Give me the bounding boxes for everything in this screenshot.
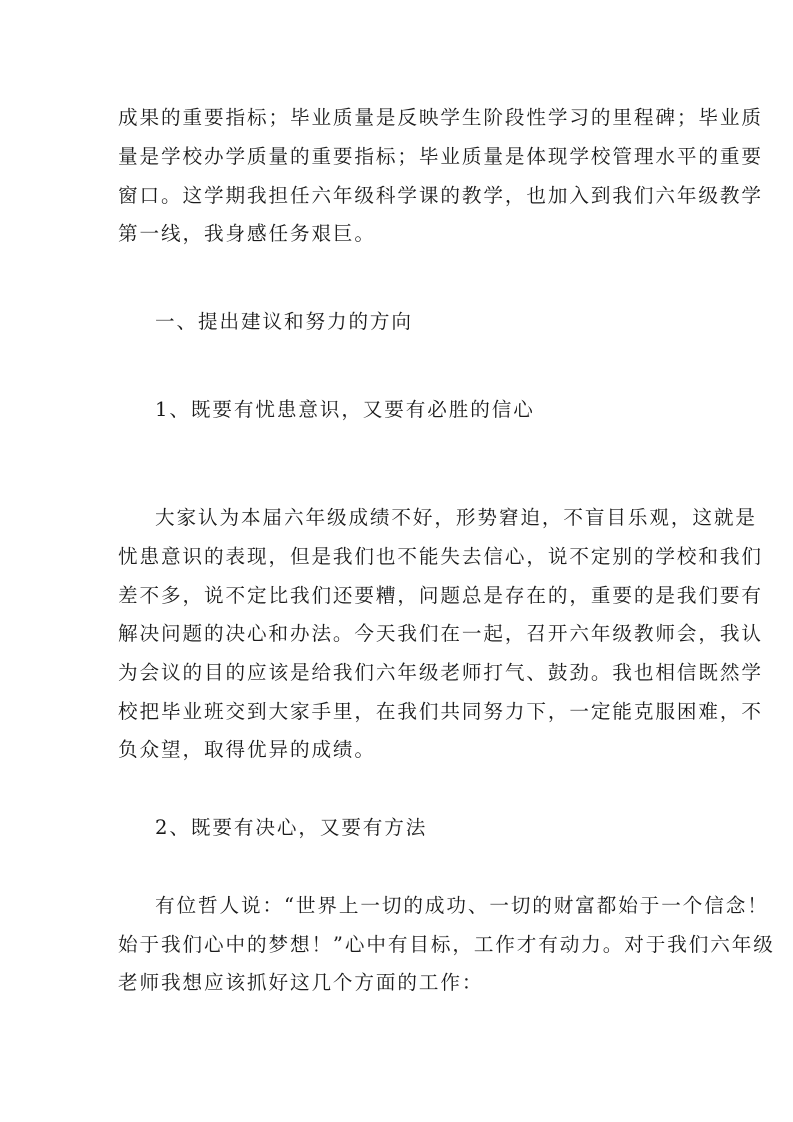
paragraph-line: 校把毕业班交到大家手里，在我们共同努力下，一定能克服困难，不 [118, 700, 688, 724]
paragraph-line: 有位哲人说：“世界上一切的成功、一切的财富都始于一个信念！ [155, 894, 725, 918]
paragraph-line: 大家认为本届六年级成绩不好，形势窘迫，不盲目乐观，这就是 [155, 506, 725, 530]
document-page: 成果的重要指标；毕业质量是反映学生阶段性学习的里程碑；毕业质 量是学校办学质量的… [0, 0, 793, 1122]
paragraph-line: 解决问题的决心和办法。今天我们在一起，召开六年级教师会，我认 [118, 622, 688, 646]
paragraph-line: 负众望，取得优异的成绩。 [118, 738, 688, 762]
subheading-1: 1、既要有忧患意识，又要有必胜的信心 [155, 398, 725, 422]
paragraph-line: 忧患意识的表现，但是我们也不能失去信心，说不定别的学校和我们 [118, 545, 688, 569]
paragraph-line: 成果的重要指标；毕业质量是反映学生阶段性学习的里程碑；毕业质 [118, 106, 688, 130]
paragraph-line: 始于我们心中的梦想！”心中有目标，工作才有动力。对于我们六年级 [118, 933, 688, 957]
subheading-2: 2、既要有决心，又要有方法 [155, 816, 725, 840]
section-heading: 一、提出建议和努力的方向 [155, 310, 725, 334]
paragraph-line: 第一线，我身感任务艰巨。 [118, 222, 688, 246]
paragraph-line: 量是学校办学质量的重要指标；毕业质量是体现学校管理水平的重要 [118, 145, 688, 169]
paragraph-line: 窗口。这学期我担任六年级科学课的教学，也加入到我们六年级教学 [118, 184, 688, 208]
paragraph-line: 差不多，说不定比我们还要糟，问题总是存在的，重要的是我们要有 [118, 584, 688, 608]
paragraph-line: 为会议的目的应该是给我们六年级老师打气、鼓劲。我也相信既然学 [118, 661, 688, 685]
paragraph-line: 老师我想应该抓好这几个方面的工作： [118, 971, 688, 995]
